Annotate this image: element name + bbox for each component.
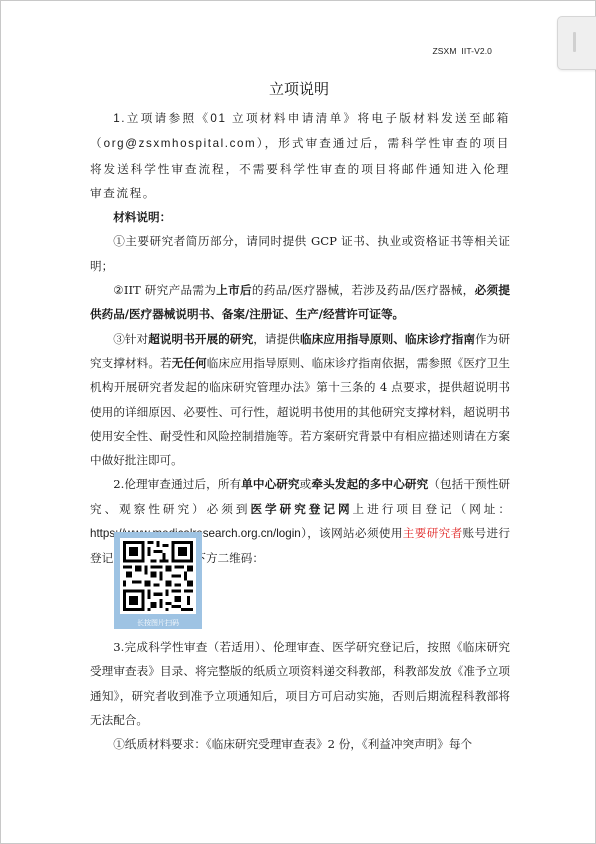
section-3: 3.完成科学性审查（若适用）、伦理审查、医学研究登记后，按照《临床研究受理审查表… bbox=[90, 635, 510, 756]
paper-material-item-1: ①纸质材料要求：《临床研究受理审查表》2 份，《利益冲突声明》每个 bbox=[90, 732, 510, 756]
qr-caption: 长按图片扫码 bbox=[114, 618, 202, 628]
material-item-3: ③针对超说明书开展的研究，请提供临床应用指导原则、临床诊疗指南作为研究支撑材料。… bbox=[90, 327, 510, 473]
material-item-1: ①主要研究者简历部分，请同时提供 GCP 证书、执业或资格证书等相关证明； bbox=[90, 229, 510, 278]
grip-icon bbox=[573, 32, 576, 52]
materials-heading: 材料说明： bbox=[90, 205, 510, 229]
qr-code-icon bbox=[120, 538, 196, 614]
section-3-paragraph: 3.完成科学性审查（若适用）、伦理审查、医学研究登记后，按照《临床研究受理审查表… bbox=[90, 635, 510, 732]
material-item-2: ②IIT 研究产品需为上市后的药品/医疗器械，若涉及药品/医疗器械，必须提供药品… bbox=[90, 278, 510, 327]
qr-code[interactable]: 长按图片扫码 bbox=[114, 532, 202, 629]
email-link[interactable]: org@zsxmhospital.com bbox=[104, 137, 257, 150]
document-page: ZSXM IIT-V2.0 立项说明 1.立项请参照《01 立项材料申请清单》将… bbox=[0, 0, 596, 844]
document-code: ZSXM IIT-V2.0 bbox=[433, 46, 493, 56]
page-title: 立项说明 bbox=[1, 78, 596, 99]
side-panel-toggle[interactable] bbox=[557, 16, 596, 70]
highlight-pi: 主要研究者 bbox=[403, 526, 463, 540]
paragraph-1: 1.立项请参照《01 立项材料申请清单》将电子版材料发送至邮箱（org@zsxm… bbox=[90, 106, 510, 205]
qr-image bbox=[120, 538, 196, 614]
section-1: 1.立项请参照《01 立项材料申请清单》将电子版材料发送至邮箱（org@zsxm… bbox=[90, 106, 510, 571]
